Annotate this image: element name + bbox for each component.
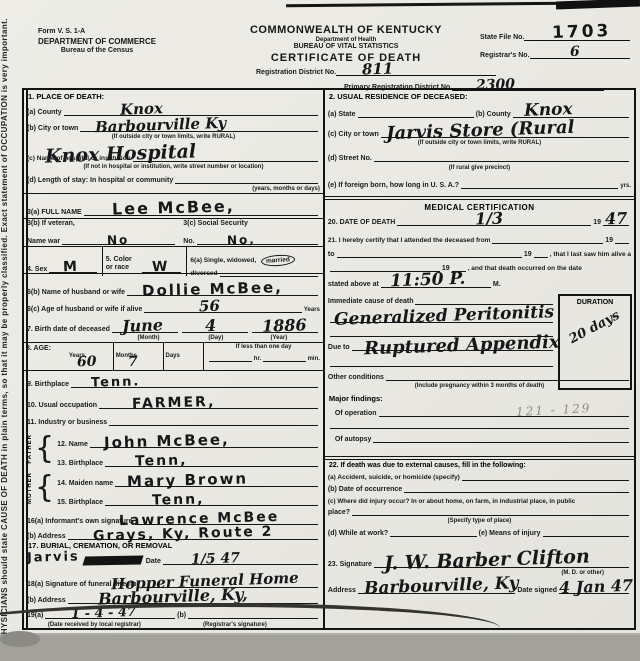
section-occupation: 10. Usual occupation Farmer, [24, 391, 323, 412]
means-of-injury-label: (e) Means of injury [479, 530, 541, 537]
spouse-age-years-note: Years [304, 307, 320, 313]
external-causes-heading: 22. If death was due to external causes,… [325, 460, 634, 469]
sex-value: M [63, 259, 79, 275]
residence-state-line [358, 107, 474, 118]
due-to-line1: Ruptured Appendix [352, 340, 553, 351]
age-days-label: Days [166, 353, 180, 359]
residence-heading: 2. USUAL RESIDENCE OF DECEASED: [325, 90, 634, 101]
dod-19-label: 19 [593, 219, 601, 226]
father-birthplace-line: Tenn, [105, 456, 318, 467]
bureau-vital-statistics: BUREAU OF VITAL STATISTICS [231, 43, 461, 50]
spouse-label: 6(b) Name of husband or wife [27, 289, 125, 296]
full-name-line: Lee McBee, [84, 205, 318, 216]
immediate-cause-label: Immediate cause of death [328, 298, 414, 305]
certify-19b-line [534, 247, 548, 258]
occupation-value: Farmer, [132, 394, 216, 412]
other-conditions-label: Other conditions [328, 374, 384, 381]
funeral-address-line: Barbourville, Ky, [68, 593, 318, 604]
date-of-death-value: 1/3 [475, 209, 504, 229]
birthplace-label: 9. Birthplace [27, 381, 69, 388]
industry-line [109, 415, 318, 426]
age-months-value: 7 [127, 354, 137, 370]
burial-date-value: 1/5 47 [191, 551, 240, 569]
age-label: 8. AGE: [26, 345, 51, 368]
pod-hospital-line: Knox Hospital [133, 151, 318, 162]
duration-value: 20 days [567, 308, 623, 347]
industry-label: 11. Industry or business [27, 419, 107, 426]
father-name-label: 12. Name [57, 441, 88, 448]
pod-stay-note: (years, months or days) [252, 186, 320, 192]
month-note: (Month) [115, 335, 182, 341]
foreign-born-line [461, 178, 618, 189]
means-of-injury-line [543, 526, 630, 537]
section-burial: 17. BURIAL, CREMATION, OR REMOVAL Jarvis… [24, 540, 323, 569]
occupation-line: Farmer, [99, 398, 318, 409]
informant-address-line: Grays, Ky, Route 2 [68, 529, 318, 540]
burial-date-label: Date [146, 558, 161, 565]
registration-district-line: 811 [336, 62, 496, 76]
section-veteran-ssn: 3(b) If veteran, Name war No 3(c) Social… [24, 219, 323, 247]
residence-city-label: (c) City or town [328, 131, 379, 138]
section-father: FATHER { 12. Name John McBee, 13. Birthp… [24, 430, 323, 469]
physician-address-label: Address [328, 587, 356, 594]
father-birthplace-label: 13. Birthplace [57, 460, 103, 467]
section-cause-of-death: DURATION 20 days Immediate cause of deat… [325, 292, 634, 392]
injury-place-label: place? [328, 509, 350, 516]
immediate-cause-line2: Generalized Peritonitis [330, 312, 553, 323]
section-funeral-director: 18(a) Signature of funeral director Hopp… [24, 570, 323, 605]
occurrence-line [404, 482, 629, 493]
registrar-no-line: 6 [530, 44, 630, 59]
date-signed-line: 4 Jan 47 [559, 583, 629, 594]
certify-from-line [492, 233, 603, 244]
birth-year-line: 1886 [252, 322, 318, 333]
informant-address-label: (b) Address [27, 533, 66, 540]
place-of-death-heading: 1. PLACE OF DEATH: [24, 90, 323, 101]
dod-year-line: 47 [603, 215, 629, 226]
left-column: 1. PLACE OF DEATH: (a) County Knox (b) C… [24, 90, 325, 628]
mother-birthplace-line: Tenn, [105, 495, 318, 506]
registrar-no-label: Registrar's No. [480, 52, 530, 59]
title-block: COMMONWEALTH OF KENTUCKY Department of H… [231, 24, 461, 64]
mother-brace: { [35, 473, 54, 503]
section-medical-certification: MEDICAL CERTIFICATION 20. DATE OF DEATH … [325, 200, 634, 230]
year-note: (Year) [250, 335, 309, 341]
section-usual-residence: 2. USUAL RESIDENCE OF DECEASED: (a) Stat… [325, 90, 634, 200]
dod-year-value: 47 [605, 209, 628, 229]
race-label: 5. Color or race [106, 256, 140, 273]
informant-line: Lawrence McBee [135, 514, 318, 525]
father-name-value: John McBee, [103, 431, 229, 452]
spouse-line: Dollie McBee, [127, 285, 318, 296]
spouse-age-line: 56 [144, 302, 302, 313]
sex-line: M [49, 262, 96, 273]
accident-line [462, 470, 629, 481]
mother-name-label: 14. Maiden name [57, 480, 113, 487]
margin-instructions: PHYSICIANS should state CAUSE OF DEATH i… [0, 0, 23, 640]
burial-value: Jarvis [27, 550, 80, 566]
form-number: Form V. S. 1-A [38, 28, 156, 35]
marital-label-pre: 6(a) Single, widowed, [190, 257, 256, 264]
section-external-causes: 22. If death was due to external causes,… [325, 460, 634, 546]
registration-district-lines: Registration District No. 811 Primary Re… [26, 62, 634, 91]
burial-date-line: 1/5 47 [163, 554, 318, 565]
pod-county-label: (a) County [27, 109, 62, 116]
of-operation-label: Of operation [335, 410, 377, 417]
birthplace-line: Tenn. [71, 377, 318, 388]
state-file-label: State File No. [480, 34, 524, 41]
certify-line3-label: , and that death occurred on the date [468, 265, 582, 272]
day-note: (Day) [182, 335, 249, 341]
ssn-value: No, [227, 232, 256, 247]
mother-name-value: Mary Brown [127, 470, 249, 491]
registrar-no-value: 6 [569, 44, 579, 60]
date-signed-label: Date signed [517, 587, 557, 594]
physician-signature-line: J. W. Barber Clifton [374, 557, 629, 568]
physician-address-value: Barbourville, Ky [364, 573, 519, 598]
registration-district-label: Registration District No. [256, 69, 336, 76]
section-spouse-name: 6(b) Name of husband or wife Dollie McBe… [24, 274, 323, 297]
father-brace: { [35, 434, 54, 464]
of-operation-line: 121 - 129 [379, 406, 629, 417]
birthdate-label: 7. Birth date of deceased [27, 326, 110, 333]
while-at-work-label: (d) While at work? [328, 530, 388, 537]
mother-side-label: MOTHER [27, 472, 33, 504]
full-name-label: 3(a) FULL NAME [27, 209, 82, 216]
redacted-text [82, 556, 143, 566]
residence-state-label: (a) State [328, 111, 356, 118]
section-mother: MOTHER { 14. Maiden name Mary Brown 15. … [24, 468, 323, 507]
occurrence-label: (b) Date of occurrence [328, 486, 402, 493]
certify-19b: 19 [524, 251, 532, 258]
right-column: 2. USUAL RESIDENCE OF DECEASED: (a) Stat… [325, 90, 634, 628]
father-side-label: FATHER [27, 434, 33, 464]
veteran-label: 3(b) If veteran, [27, 220, 177, 227]
pod-city-line: Barbourville Ky [80, 121, 318, 132]
mother-name-line: Mary Brown [115, 476, 318, 487]
father-name-line: John McBee, [90, 437, 318, 448]
time-of-death-line: 11:50 P. [381, 277, 491, 288]
certificate-form: 1. PLACE OF DEATH: (a) County Knox (b) C… [22, 88, 636, 630]
birth-day-line: 4 [182, 322, 248, 333]
injury-place-line [352, 505, 629, 516]
section-sex-race-marital: 4. Sex M 5. Color or race W 6(a) Single,… [24, 247, 323, 274]
mother-birthplace-label: 15. Birthplace [57, 499, 103, 506]
foreign-born-yrs: yrs. [620, 183, 631, 189]
birthplace-value: Tenn. [91, 374, 141, 390]
scanned-death-certificate: { "margin_note": "PHYSICIANS should stat… [0, 0, 640, 661]
injury-where-label: (c) Where did injury occur? In or about … [328, 498, 575, 505]
pod-stay-label: (d) Length of stay: In hospital or commu… [27, 177, 173, 184]
age-hr-label: hr. [254, 356, 261, 362]
duration-box: DURATION 20 days [558, 294, 632, 390]
ssn-line: No, [197, 234, 318, 245]
registration-district-value: 811 [362, 59, 394, 78]
stated-above-label: stated above at [328, 281, 379, 288]
section-informant: 16(a) Informant's own signature Lawrence… [24, 507, 323, 540]
accident-label: (a) Accident, suicide, or homicide (spec… [328, 474, 460, 481]
section-major-findings: Major findings: Of operation 121 - 129 O… [325, 392, 634, 460]
veteran-war-label: Name war [27, 238, 60, 245]
m-label: M. [493, 281, 501, 288]
other-conditions-note: (Include pregnancy within 3 months of de… [415, 383, 544, 389]
certify-to-line [337, 247, 522, 258]
age-hr-line [209, 351, 251, 362]
certify-19a-line [615, 233, 629, 244]
age-years-value: 60 [77, 354, 97, 371]
duration-label: DURATION [560, 299, 630, 306]
certify-19a: 19 [605, 237, 613, 244]
state-file-line: 1703 [524, 26, 630, 41]
race-line: W [142, 262, 182, 273]
street-no-label: (d) Street No. [328, 155, 372, 162]
residence-city-line: Jarvis Store (Rural [381, 127, 629, 138]
physician-signature-label: 23. Signature [328, 561, 372, 568]
date-of-death-line: 1/3 [397, 215, 591, 226]
spouse-age-value: 56 [199, 297, 220, 316]
sex-label: 4. Sex [27, 266, 47, 273]
bureau-of-census: Bureau of the Census [38, 47, 156, 54]
age-min-label: min. [308, 356, 320, 362]
commonwealth-title: COMMONWEALTH OF KENTUCKY [231, 24, 461, 36]
race-value: W [151, 259, 169, 275]
informant-label: 16(a) Informant's own signature [27, 518, 133, 525]
time-of-death-value: 11:50 P. [389, 269, 465, 292]
operation-extra-line [330, 418, 629, 429]
section-attendance-statement: 21. I hereby certify that I attended the… [325, 230, 634, 292]
section-birthplace: 9. Birthplace Tenn. [24, 371, 323, 390]
ssn-label: 3(c) Social Security [183, 220, 320, 227]
physician-address-line: Barbourville, Ky [358, 583, 515, 594]
department-of-commerce: DEPARTMENT OF COMMERCE [38, 37, 156, 46]
section-full-name: 3(a) FULL NAME Lee McBee, [24, 194, 323, 218]
age-min-line [263, 351, 305, 362]
section-industry: 11. Industry or business [24, 412, 323, 430]
state-file-value: 1703 [552, 21, 612, 43]
section-birthdate: 7. Birth date of deceased June 4 1886 (M… [24, 317, 323, 343]
full-name-value: Lee McBee, [112, 197, 235, 219]
veteran-line: No [62, 234, 175, 245]
section-age: 8. AGE: Years 60 Months 7 Days If less t… [24, 343, 323, 371]
certify-line2-label: , that I last saw him alive a [550, 251, 631, 258]
while-at-work-line [390, 526, 477, 537]
street-no-line [374, 151, 629, 162]
funeral-address-label: (b) Address [27, 597, 66, 604]
foreign-born-label: (e) If foreign born, how long in U. S. A… [328, 182, 459, 189]
section-spouse-age: 6(c) Age of husband or wife if alive 56 … [24, 297, 323, 316]
section-place-of-death: 1. PLACE OF DEATH: (a) County Knox (b) C… [24, 90, 323, 194]
date-signed-value: 4 Jan 47 [559, 576, 634, 598]
residence-county-label: (b) County [476, 111, 511, 118]
pod-stay-line [175, 173, 318, 184]
occupation-label: 10. Usual occupation [27, 402, 97, 409]
agency-block: Form V. S. 1-A DEPARTMENT OF COMMERCE Bu… [38, 28, 156, 54]
spouse-age-label: 6(c) Age of husband or wife if alive [27, 306, 142, 313]
ssn-no-label: No. [183, 238, 194, 245]
date-of-death-label: 20. DATE OF DEATH [328, 219, 395, 226]
due-to-line2 [330, 356, 553, 367]
birth-month-line: June [112, 322, 178, 333]
file-numbers-block: State File No. 1703 Registrar's No. 6 [480, 26, 630, 62]
certify-to-label: to [328, 251, 335, 258]
due-to-label: Due to [328, 344, 350, 351]
pod-city-label: (b) City or town [27, 125, 78, 132]
certify-line1-label: 21. I hereby certify that I attended the… [328, 237, 491, 244]
veteran-value: No [107, 232, 130, 247]
